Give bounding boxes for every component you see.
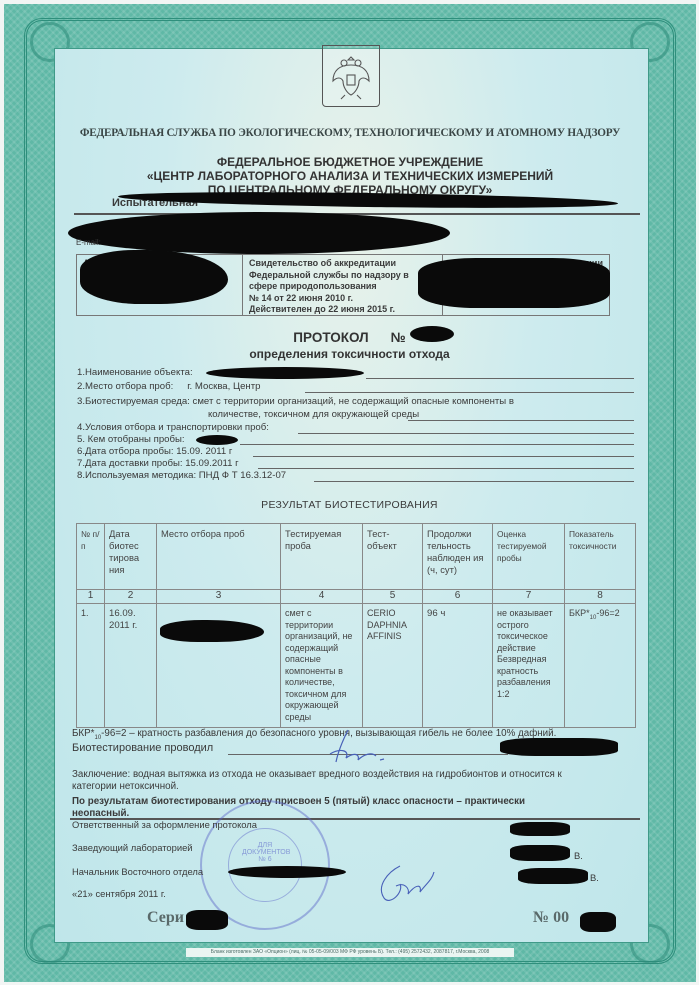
- underline: [258, 468, 634, 469]
- protocol-title-text: ПРОТОКОЛ: [293, 330, 368, 345]
- redaction: [510, 822, 570, 836]
- toxicity-suffix: -96=2: [596, 608, 619, 618]
- org-line: ФЕДЕРАЛЬНОЕ БЮДЖЕТНОЕ УЧРЕЖДЕНИЕ: [100, 155, 600, 169]
- col-header: № п/п: [77, 524, 105, 590]
- col-header: Тест-объект: [363, 524, 423, 590]
- col-header: Оценка тестируемой пробы: [493, 524, 565, 590]
- protocol-subtitle: определения токсичности отхода: [0, 347, 699, 361]
- field-value: 15.09.2011 г: [185, 458, 238, 469]
- field-value-continued: количестве, токсичном для окружающей сре…: [208, 409, 419, 420]
- cell-number: 1.: [77, 604, 105, 728]
- toxicity-prefix: БКР*: [569, 608, 590, 618]
- results-table: № п/п Дата биотес тирова ния Место отбор…: [76, 523, 636, 728]
- col-number: 2: [105, 590, 157, 604]
- cell-date: 16.09. 2011 г.: [105, 604, 157, 728]
- results-title: РЕЗУЛЬТАТ БИОТЕСТИРОВАНИЯ: [0, 499, 699, 511]
- redaction: [418, 258, 610, 308]
- field-value: г. Москва, Центр: [187, 381, 260, 392]
- redaction: [160, 620, 264, 642]
- field-sampled-by: 5. Кем отобраны пробы:: [77, 434, 185, 445]
- col-number: 6: [423, 590, 493, 604]
- coat-of-arms-icon: [322, 45, 380, 107]
- field-label: 1.Наименование объекта:: [77, 367, 193, 378]
- redaction: [500, 738, 618, 756]
- col-header: Тестируемая проба: [281, 524, 363, 590]
- series-label: Сери: [147, 909, 184, 927]
- lab-head-initial: В.: [574, 850, 583, 861]
- conclusion-line: Заключение: водная вытяжка из отхода не …: [72, 769, 562, 780]
- field-delivery-date: 7.Дата доставки пробы: 15.09.2011 г: [77, 458, 239, 469]
- redaction: [206, 367, 364, 379]
- underline: [366, 378, 634, 379]
- field-label: 2.Место отбора проб:: [77, 381, 173, 392]
- cell-toxicity: БКР*10-96=2: [565, 604, 636, 728]
- conclusion-line: категории нетоксичной.: [72, 781, 179, 792]
- field-test-medium: 3.Биотестируемая среда: смет с территори…: [77, 396, 514, 407]
- redaction: [410, 326, 454, 342]
- signature-date: «21» сентября 2011 г.: [72, 888, 166, 899]
- tested-by-label: Биотестирование проводил: [72, 742, 213, 754]
- col-number: 7: [493, 590, 565, 604]
- stamp-inner-ring: [228, 828, 302, 902]
- cell-test-object: CERIO DAPHNIA AFFINIS: [363, 604, 423, 728]
- redaction: [196, 435, 238, 445]
- accreditation-line: Федеральной службы по надзору в: [249, 270, 436, 282]
- cell-duration: 96 ч: [423, 604, 493, 728]
- email-label: E-mail:: [76, 238, 101, 247]
- dept-head-initial: В.: [590, 872, 599, 883]
- verdict-line: По результатам биотестирования отходу пр…: [72, 796, 525, 807]
- field-value: смет с территории организаций, не содерж…: [193, 396, 514, 407]
- organization-name: ФЕДЕРАЛЬНОЕ БЮДЖЕТНОЕ УЧРЕЖДЕНИЕ «ЦЕНТР …: [100, 155, 600, 197]
- col-number: 4: [281, 590, 363, 604]
- cell-sample: смет с территории организаций, не содерж…: [281, 604, 363, 728]
- table-row: 1. 16.09. 2011 г. смет с территории орга…: [77, 604, 636, 728]
- protocol-title: ПРОТОКОЛ№: [0, 330, 699, 345]
- field-label: 6.Дата отбора пробы:: [77, 446, 174, 457]
- signature-icon: [370, 862, 440, 912]
- col-number: 3: [157, 590, 281, 604]
- footnote: БКР*10-96=2 – кратность разбавления до б…: [72, 728, 556, 741]
- accreditation-line: Действителен до 22 июня 2015 г.: [249, 304, 436, 316]
- col-number: 5: [363, 590, 423, 604]
- col-header: Показатель токсичности: [565, 524, 636, 590]
- field-label: 3.Биотестируемая среда:: [77, 396, 190, 407]
- col-number: 1: [77, 590, 105, 604]
- redaction: [510, 845, 570, 861]
- dept-head-label: Начальник Восточного отдела: [72, 866, 203, 877]
- accreditation-line: № 14 от 22 июня 2010 г.: [249, 293, 436, 305]
- underline: [253, 456, 634, 457]
- table-header-row: № п/п Дата биотес тирова ния Место отбор…: [77, 524, 636, 590]
- field-method: 8.Используемая методика: ПНД Ф Т 16.3.12…: [77, 470, 286, 481]
- cell-assessment: не оказывает острого токсическое действи…: [493, 604, 565, 728]
- underline: [314, 481, 634, 482]
- col-header: Дата биотес тирова ния: [105, 524, 157, 590]
- protocol-number-label: №: [391, 330, 406, 345]
- field-value: ПНД Ф Т 16.3.12-07: [199, 470, 286, 481]
- redaction: [186, 910, 228, 930]
- underline: [305, 392, 634, 393]
- underline: [408, 420, 634, 421]
- agency-name: ФЕДЕРАЛЬНАЯ СЛУЖБА ПО ЭКОЛОГИЧЕСКОМУ, ТЕ…: [70, 127, 630, 139]
- field-transport-conditions: 4.Условия отбора и транспортировки проб:: [77, 422, 269, 433]
- col-header: Продолжи тельность наблюден ия (ч, сут): [423, 524, 493, 590]
- field-label: 7.Дата доставки пробы:: [77, 458, 183, 469]
- underline: [240, 444, 634, 445]
- underline: [298, 433, 634, 434]
- field-sample-place: 2.Место отбора проб:г. Москва, Центр: [77, 381, 260, 392]
- responsible-label: Ответственный за оформление протокола: [72, 819, 257, 830]
- redaction: [518, 868, 588, 884]
- accreditation-cell-middle: Свидетельство об аккредитации Федерально…: [243, 255, 443, 315]
- stamp-text: ДЛЯ ДОКУМЕНТОВ № 6: [242, 842, 288, 863]
- footnote-prefix: БКР*: [72, 728, 94, 739]
- lab-head-label: Заведующий лабораторией: [72, 842, 193, 853]
- field-label: 8.Используемая методика:: [77, 470, 196, 481]
- signature-icon: [320, 728, 390, 768]
- column-number-row: 1 2 3 4 5 6 7 8: [77, 590, 636, 604]
- form-number: № 00: [533, 909, 569, 927]
- accreditation-line: сфере природопользования: [249, 281, 436, 293]
- field-sampling-date: 6.Дата отбора пробы: 15.09. 2011 г: [77, 446, 232, 457]
- org-line: «ЦЕНТР ЛАБОРАТОРНОГО АНАЛИЗА И ТЕХНИЧЕСК…: [100, 169, 600, 183]
- col-number: 8: [565, 590, 636, 604]
- accreditation-line: Свидетельство об аккредитации: [249, 258, 436, 270]
- redaction: [68, 212, 450, 254]
- redaction: [228, 866, 346, 878]
- redaction: [580, 912, 616, 932]
- col-header: Место отбора проб: [157, 524, 281, 590]
- field-value: 15.09. 2011 г: [176, 446, 232, 457]
